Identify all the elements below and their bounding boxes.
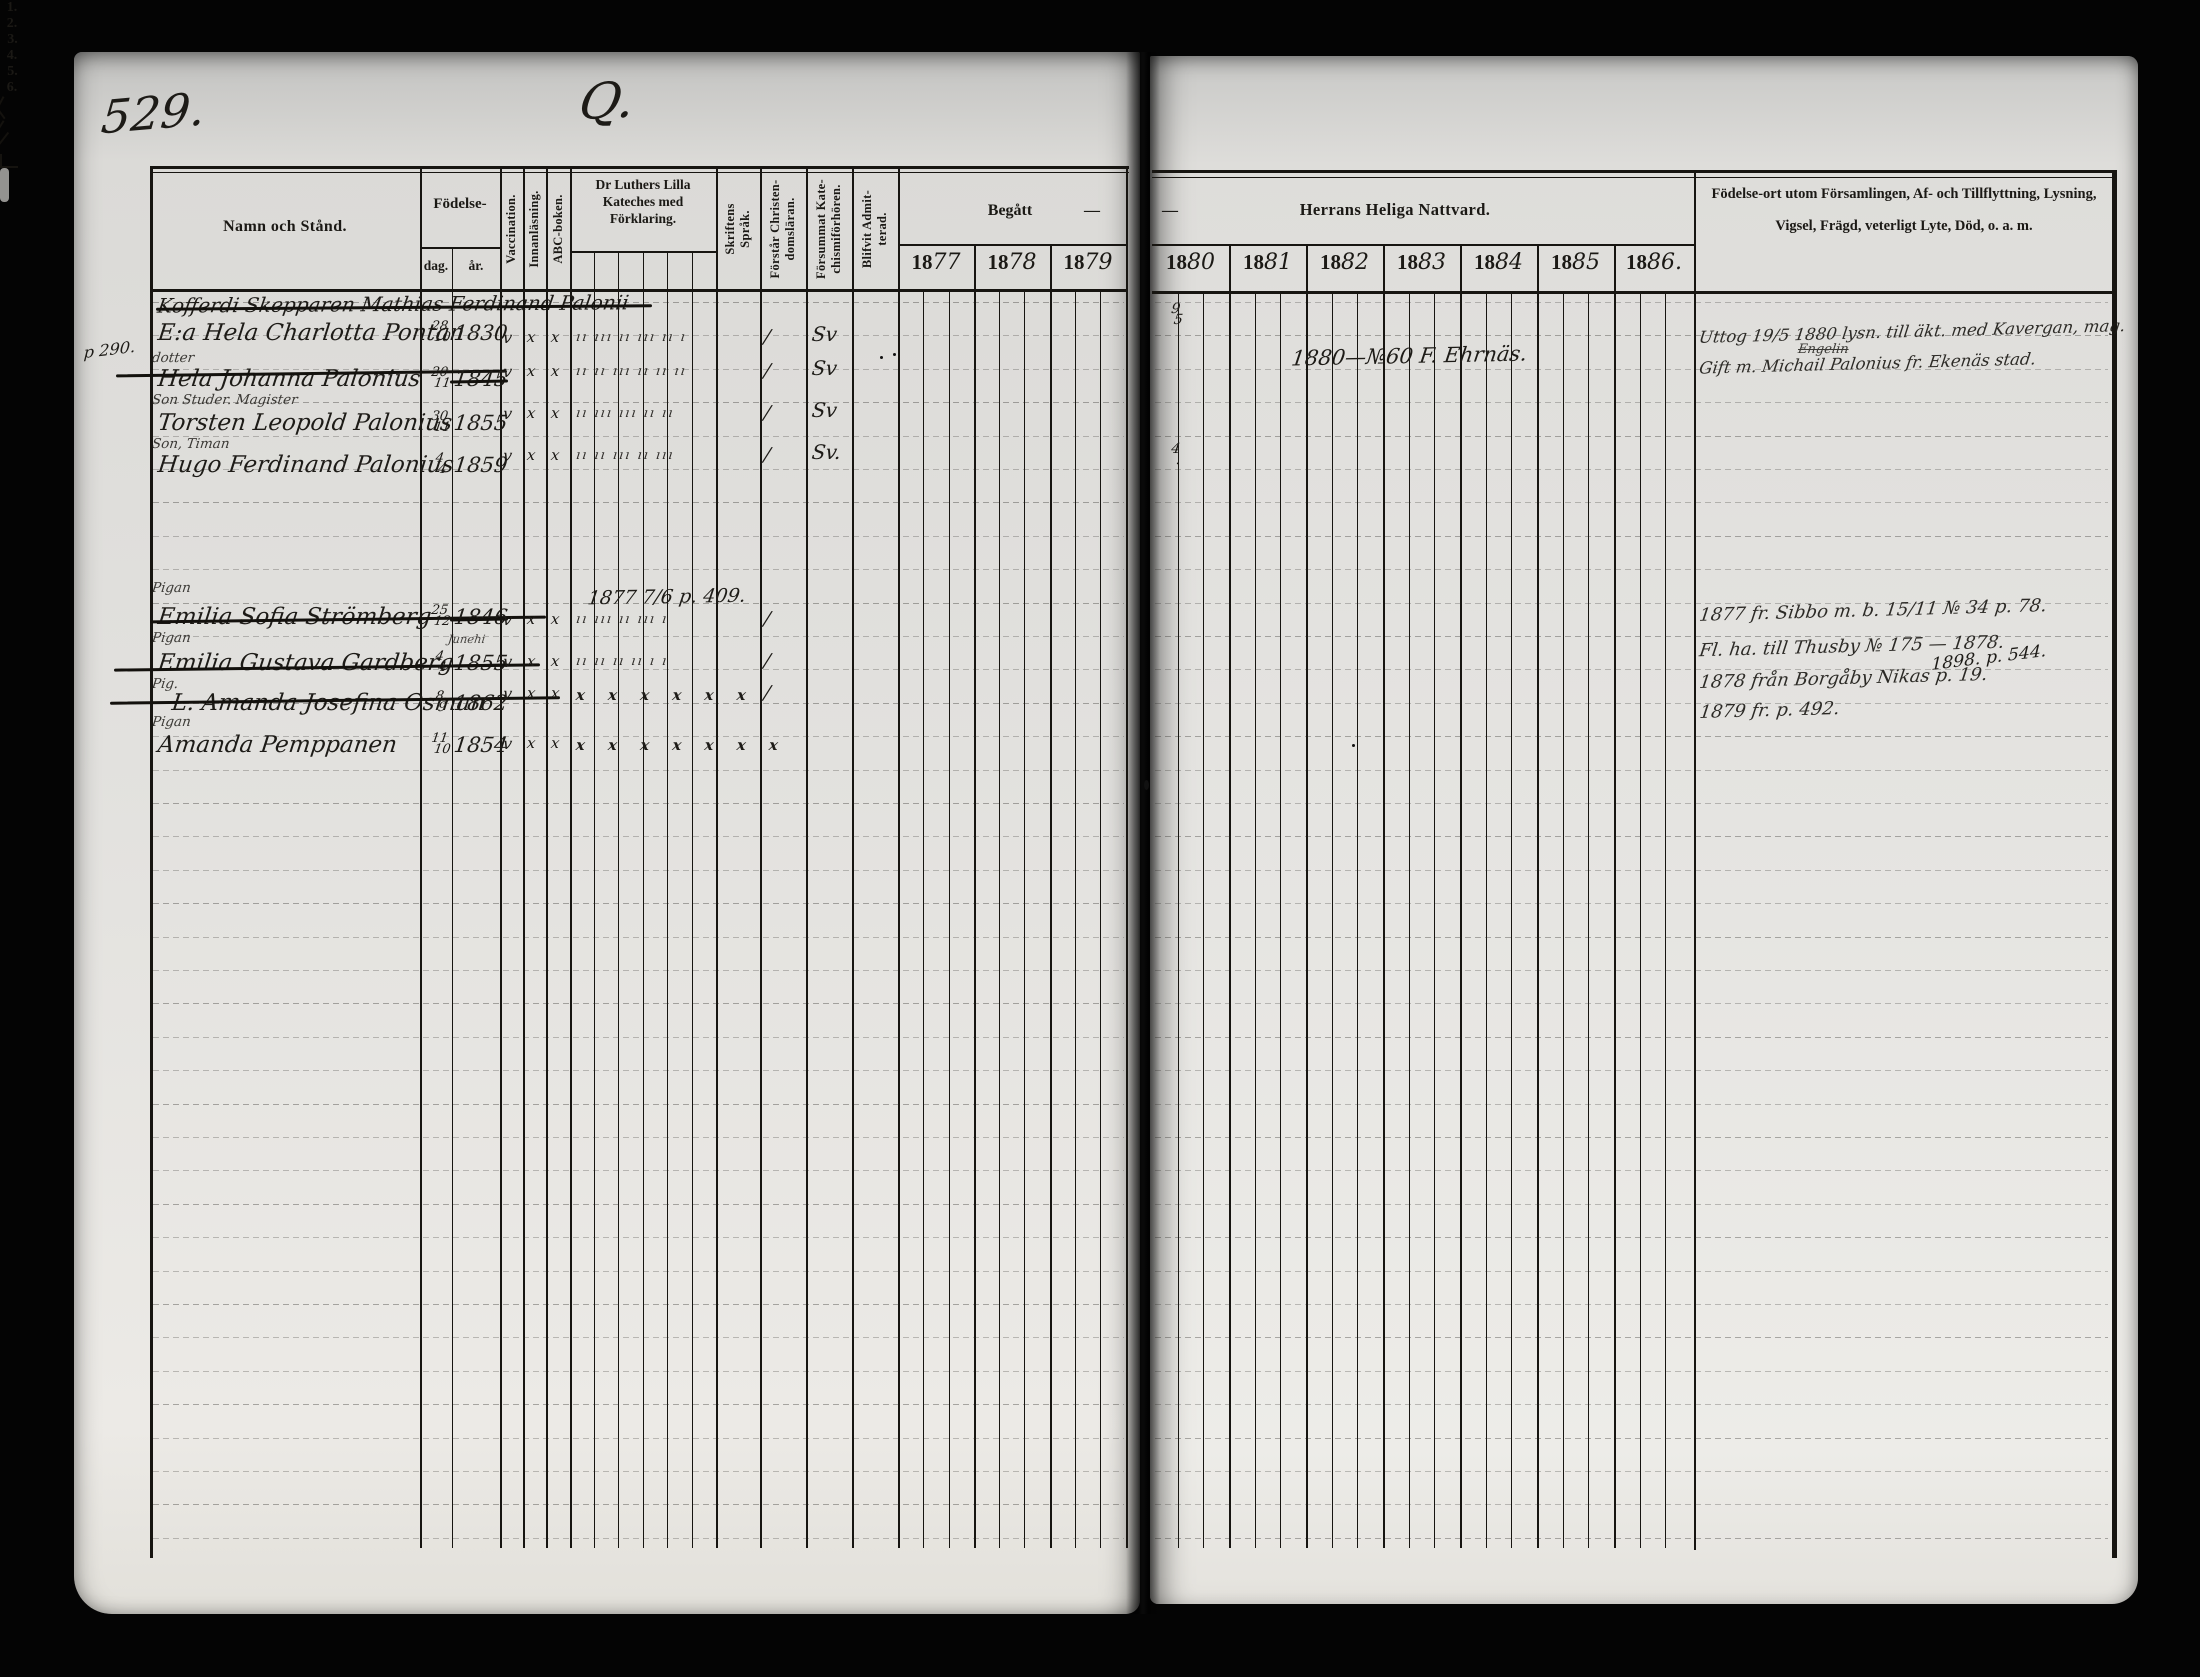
ink-dot [1352, 744, 1355, 747]
ruled-line [153, 1204, 1124, 1205]
entry-birth-date: 2810 [422, 321, 455, 343]
ruled-line [153, 836, 1124, 837]
communion-year-1885-printed: 18 [1551, 250, 1572, 274]
ruled-line [153, 903, 1124, 904]
catechism-marks: ıı ııı ııı ıı ıı [575, 406, 675, 421]
ruled-line [153, 1504, 1124, 1505]
entry-name: Hugo Ferdinand Palonius [156, 452, 455, 478]
table-vline [1460, 246, 1462, 1548]
table-vline [1694, 170, 1696, 1550]
ruled-line [153, 569, 1124, 570]
table-vline [1383, 246, 1385, 1548]
communion-year-1883-printed: 18 [1397, 250, 1418, 274]
ruled-line [153, 1337, 1124, 1338]
communion-year-1884-printed: 18 [1474, 250, 1495, 274]
table-vline [1306, 246, 1308, 1548]
table-vline [1511, 294, 1512, 1548]
ruled-line [1155, 1404, 2108, 1405]
table-vline [999, 292, 1000, 1548]
table-vline [1126, 166, 1128, 1548]
table-vline [974, 246, 976, 1548]
language-mark: Sv [811, 398, 839, 422]
ink-bracket [0, 154, 18, 168]
ruled-line [1155, 1337, 2108, 1338]
entry-birth-date: 3011 [422, 411, 455, 433]
entry-birth-date-month: 11 [433, 422, 451, 433]
ruled-line [1155, 703, 2108, 704]
communion-year-1884: 1884 [1460, 250, 1537, 275]
table-vline [760, 169, 762, 1548]
ruled-line [153, 636, 1124, 637]
book-gutter [1126, 52, 1160, 1614]
ruled-line [1155, 1104, 2108, 1105]
communion-label-left: Begått [950, 202, 1070, 220]
communion-year-1883-script: 83 [1418, 250, 1446, 275]
ruled-line [153, 1170, 1124, 1171]
communion-year-1882-script: 82 [1341, 250, 1369, 275]
communion-year-1883: 1883 [1383, 250, 1460, 275]
table-hline [1152, 244, 1694, 246]
entry-role: dotter [151, 350, 195, 366]
catechism-number: 3. [0, 32, 25, 48]
ruled-line [1155, 569, 2108, 570]
table-vline [1640, 294, 1641, 1548]
ink-blot [1144, 780, 1149, 790]
communion-year-1879-script: 79 [1085, 250, 1113, 275]
entry-birth-date: 89 [422, 691, 455, 713]
communion-year-1886-printed: 18 [1626, 250, 1647, 274]
ruled-line [153, 1104, 1124, 1105]
ruled-line [1155, 502, 2108, 503]
page-number: 529. [99, 82, 207, 145]
communion-year-1880-printed: 18 [1166, 250, 1187, 274]
table-vline [1434, 294, 1435, 1548]
ink-dot [893, 353, 896, 356]
entry-role: Son, Timan [151, 436, 230, 452]
table-vline [1357, 294, 1358, 1548]
sacrament-note: 1880—№60 F. Ehrnäs. [1290, 342, 1529, 371]
table-vline [949, 292, 950, 1548]
entry-birth-date-month: 12 [433, 616, 451, 627]
table-vline [1563, 294, 1564, 1548]
ruled-line [1155, 803, 2108, 804]
ruled-line [153, 937, 1124, 938]
ruled-line [153, 402, 1124, 403]
communion-dash-left: — [1084, 202, 1124, 220]
table-vline [452, 249, 453, 1548]
catechism-marks: x x x x x x [575, 686, 756, 704]
table-vline [1100, 292, 1101, 1548]
communion-year-1878: 1878 [974, 250, 1050, 275]
ledger-page-right [1150, 56, 2138, 1604]
entry-birth-date-month: 4 [437, 464, 447, 475]
entry-birth-date-month: 9 [437, 702, 447, 713]
table-vline [692, 253, 693, 1548]
notes-column-title-line2: Vigsel, Frägd, veterligt Lyte, Död, o. a… [1700, 218, 2108, 235]
catechism-number: 6. [0, 80, 24, 96]
communion-year-1877-script: 77 [933, 250, 961, 275]
entry-role: Pigan [151, 630, 192, 646]
ruled-line [1155, 1204, 2108, 1205]
table-vline [1537, 246, 1539, 1548]
entry-name: Emilia Gustava Gardberg [156, 650, 455, 676]
ruled-line [153, 1271, 1124, 1272]
communion-year-1886-script: 86. [1647, 250, 1682, 275]
ruled-line [1155, 469, 2108, 470]
table-vline [546, 169, 548, 1548]
entry-birth-year: 1859 [453, 453, 509, 477]
ruled-line [153, 803, 1124, 804]
table-vline [1409, 294, 1410, 1548]
entry-birth-date-month: 11 [433, 378, 451, 389]
communion-year-1884-script: 84 [1495, 250, 1523, 275]
ruled-line [1155, 970, 2108, 971]
entry-birth-year: 1830 [453, 321, 509, 345]
ruled-line [153, 502, 1124, 503]
entry-birth-year: 1862 [453, 691, 509, 715]
scanned-ledger-canvas: 529. Q. p 290. Namn och Stånd. Födelse- … [0, 0, 2200, 1677]
notes-column-title-line1: Födelse-ort utom Församlingen, Af- och T… [1700, 186, 2108, 203]
entry-role: Pigan [151, 580, 192, 596]
ruled-line [1155, 1271, 2108, 1272]
catechism-marks: ıı ıı ıı ıı ı ı [575, 654, 669, 669]
ruled-line [153, 1070, 1124, 1071]
table-vline [1229, 246, 1231, 1548]
ruled-line [1155, 1003, 2108, 1004]
admitted-line1: Blifvit Admit- [860, 190, 875, 268]
language-mark: Sv [811, 356, 839, 380]
entry-birth-year: 1855 [453, 411, 509, 435]
ruled-line [1155, 536, 2108, 537]
ruled-line [1155, 836, 2108, 837]
mark-1880: 4. [1158, 444, 1191, 466]
ruled-line [1155, 1504, 2108, 1505]
entry-birth-date: 44 [422, 651, 455, 673]
table-hline [1152, 170, 2112, 173]
communion-label-right: Herrans Heliga Nattvard. [1230, 200, 1560, 220]
catechism-marks: ıı ıı ııı ıı ııı [575, 448, 675, 463]
catechism-number: 5. [0, 64, 25, 80]
ruled-line [1155, 1438, 2108, 1439]
ruled-line [1155, 1538, 2108, 1539]
table-vline [716, 169, 718, 1548]
table-vline [1050, 246, 1052, 1548]
entry-birth-date: 2512 [422, 605, 455, 627]
mark-1880-month: 5 [1173, 315, 1183, 326]
communion-year-1877: 1877 [898, 250, 974, 275]
entry-birth-date: 44 [422, 453, 455, 475]
table-vline [2112, 170, 2117, 1558]
entry-name: E:a Hela Charlotta Pontan [156, 320, 466, 346]
table-hline [420, 247, 500, 249]
table-hline [1152, 291, 2112, 294]
ruled-line [1155, 1304, 2108, 1305]
communion-year-1881-printed: 18 [1243, 250, 1264, 274]
table-vline [1588, 294, 1589, 1548]
ink-tick [0, 120, 4, 130]
ruled-line [1155, 1237, 2108, 1238]
ruled-line [1155, 402, 2108, 403]
ruled-line [153, 536, 1124, 537]
entry-birth-date-month: 4 [437, 662, 447, 673]
entry-birth-date-month: 10 [433, 332, 451, 343]
entry-name: Torsten Leopold Palonius [156, 410, 453, 436]
entry-year-note: Junehi [447, 632, 486, 646]
table-vline [1665, 294, 1666, 1548]
entry-role: Son Studer. Magister [151, 392, 299, 408]
communion-year-1878-script: 78 [1009, 250, 1037, 275]
table-vline [1203, 294, 1204, 1548]
ruled-line [1155, 870, 2108, 871]
table-hline [150, 289, 1126, 292]
communion-year-1879: 1879 [1050, 250, 1126, 275]
catechism-marks: ıı ııı ıı ııı ıı ı [575, 330, 688, 345]
table-vline [1178, 294, 1179, 1548]
ruled-line [1155, 436, 2108, 437]
table-hline [1152, 177, 2112, 178]
communion-year-1881: 1881 [1229, 250, 1306, 275]
section-letter-mark: Q. [575, 71, 639, 132]
entry-note-struck: Engelin [1797, 342, 1849, 357]
table-vline [1614, 246, 1616, 1548]
ruled-line [1155, 1070, 2108, 1071]
ruled-line [1155, 1471, 2108, 1472]
table-vline [1255, 294, 1256, 1548]
ink-tick [0, 96, 4, 107]
communion-year-1880-script: 80 [1187, 250, 1215, 275]
entry-birth-date-month: 10 [433, 744, 451, 755]
ink-dot [880, 356, 883, 359]
catechism-marks: ıı ıı ııı ıı ıı ıı [575, 364, 688, 379]
ruled-line [153, 970, 1124, 971]
table-vline [1075, 292, 1076, 1548]
ruled-line [153, 1538, 1124, 1539]
table-vline [852, 169, 854, 1548]
communion-year-1882: 1882 [1306, 250, 1383, 275]
entry-role: Pigan [151, 714, 192, 730]
communion-year-1886: 1886. [1614, 250, 1694, 275]
catechism-number: 2. [0, 16, 24, 32]
communion-year-1882-printed: 18 [1320, 250, 1341, 274]
communion-year-1878-printed: 18 [988, 250, 1009, 274]
ruled-line [1155, 1037, 2108, 1038]
entry-name: Hela Johanna Palonius [156, 366, 422, 392]
table-vline [1024, 292, 1025, 1548]
ruled-line [153, 870, 1124, 871]
admitted-line2: terad. [875, 190, 890, 268]
ruled-line [1155, 1371, 2108, 1372]
communion-year-1885: 1885 [1537, 250, 1614, 275]
table-hline [898, 244, 1126, 246]
mark-1880-month: . [1175, 455, 1181, 466]
ruled-line [1155, 1137, 2108, 1138]
abc-book-label: ABC-boken. [551, 194, 566, 263]
entry-birth-date: 2011 [422, 367, 455, 389]
communion-year-1880: 1880 [1152, 250, 1229, 275]
communion-dash-right: — [1162, 202, 1202, 220]
entry-note: 1879 fr. p. 492. [1698, 698, 1841, 723]
table-vline [570, 169, 572, 1548]
ruled-line [153, 1304, 1124, 1305]
ink-dot [760, 560, 762, 562]
catechism-marks: ıı ııı ıı ııı ı [575, 612, 669, 627]
table-vline [898, 169, 900, 1548]
ruled-line [1155, 770, 2108, 771]
ruled-line [153, 1471, 1124, 1472]
catechism-page-note: 1877 7/6 p. 409. [586, 585, 747, 610]
communion-year-1877-printed: 18 [912, 250, 933, 274]
ink-tick [0, 108, 6, 120]
ruled-line [153, 1404, 1124, 1405]
table-vline [806, 169, 808, 1548]
language-mark: Sv. [811, 440, 843, 464]
ink-tick [0, 132, 9, 152]
communion-year-1881-script: 81 [1264, 250, 1292, 275]
table-vline [523, 169, 525, 1548]
table-vline [1332, 294, 1333, 1548]
entry-birth-date: 1110 [422, 733, 455, 755]
entry-birth-year: 1854 [453, 733, 509, 757]
catechism-number: 4. [0, 48, 24, 64]
catechism-marks: x x x x x x x [575, 736, 788, 754]
ruled-line [1155, 1170, 2108, 1171]
ruled-line [153, 770, 1124, 771]
page-edge-highlight [0, 168, 9, 202]
communion-year-1885-script: 85 [1572, 250, 1600, 275]
table-hline [150, 172, 1129, 173]
ruled-line [153, 1438, 1124, 1439]
communion-year-1879-printed: 18 [1064, 250, 1085, 274]
ruled-line [153, 1237, 1124, 1238]
ruled-line [153, 1137, 1124, 1138]
ruled-line [153, 1003, 1124, 1004]
ruled-line [1155, 903, 2108, 904]
table-vline [1280, 294, 1281, 1548]
mark-1880: 95 [1158, 304, 1191, 326]
table-hline [150, 166, 1129, 169]
catechism-number: 1. [0, 0, 24, 16]
ruled-line [153, 1371, 1124, 1372]
ruled-line [1155, 937, 2108, 938]
column-header-name: Namn och Stånd. [150, 218, 420, 236]
entry-name: Amanda Pemppanen [156, 732, 398, 758]
table-vline [1486, 294, 1487, 1548]
ruled-line [153, 1037, 1124, 1038]
column-header-birth-day: dag. [420, 258, 452, 274]
language-mark: Sv [811, 322, 839, 346]
ruled-line [1155, 302, 2108, 303]
table-vline [923, 292, 924, 1548]
ruled-line [1155, 736, 2108, 737]
